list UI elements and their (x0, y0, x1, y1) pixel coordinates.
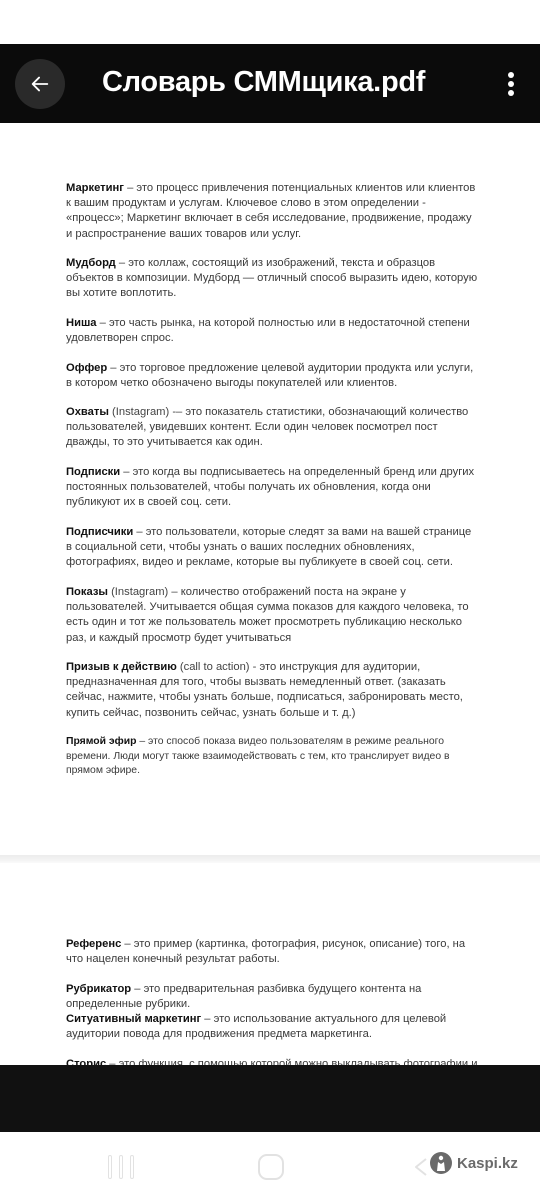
entry-term: Прямой эфир (66, 736, 136, 747)
entry-term: Подписки (66, 466, 120, 478)
entry-definition: это коллаж, состоящий из изображений, те… (66, 257, 477, 299)
bottom-toolbar (0, 1065, 540, 1132)
more-options-button[interactable] (502, 68, 520, 100)
arrow-left-icon (29, 73, 51, 95)
document-title: Словарь СММщика.pdf (102, 66, 425, 99)
entry-term: Референс (66, 938, 121, 950)
more-vertical-icon (508, 72, 514, 78)
nav-back-icon (410, 1156, 432, 1178)
entry-term: Охваты (66, 406, 109, 418)
glossary-entry: Мудборд – это коллаж, состоящий из изобр… (66, 256, 478, 302)
glossary-entry: Маркетинг – это процесс привлечения поте… (66, 181, 478, 242)
system-nav-bar: Kaspi.kz (0, 1132, 540, 1200)
entry-term: Маркетинг (66, 182, 124, 194)
glossary-entry: Прямой эфир – это способ показа видео по… (66, 735, 478, 779)
glossary-entry: Ситуативный маркетинг – это использовани… (66, 1012, 478, 1042)
entry-term: Ниша (66, 317, 97, 329)
entry-definition: это торговое предложение целевой аудитор… (66, 362, 473, 389)
entry-term: Призыв к действию (66, 661, 177, 673)
entry-term: Подписчики (66, 526, 133, 538)
nav-back-button[interactable] (410, 1156, 432, 1178)
glossary-entry: Референс – это пример (картинка, фотогра… (66, 937, 478, 967)
glossary-entry: Рубрикатор – это предварительная разбивк… (66, 982, 478, 1012)
glossary-entry: Показы (Instagram) – количество отображе… (66, 585, 478, 646)
entry-term: Рубрикатор (66, 983, 131, 995)
glossary-entry: Ниша – это часть рынка, на которой полно… (66, 316, 478, 346)
home-button[interactable] (258, 1154, 284, 1180)
kaspi-watermark: Kaspi.kz (430, 1152, 518, 1174)
watermark-text: Kaspi.kz (457, 1155, 518, 1172)
recent-apps-icon (108, 1155, 112, 1179)
glossary-entry: Призыв к действию (call to action) - это… (66, 660, 478, 721)
glossary-entry: Охваты (Instagram) -– это показатель ста… (66, 405, 478, 451)
glossary-entry: Подписчики – это пользователи, которые с… (66, 525, 478, 571)
entry-term: Показы (66, 586, 108, 598)
entry-definition: это часть рынка, на которой полностью ил… (66, 317, 470, 344)
page-divider (0, 855, 540, 863)
back-button[interactable] (15, 59, 65, 109)
glossary-entry: Подписки – это когда вы подписываетесь н… (66, 465, 478, 511)
entry-term: Оффер (66, 362, 107, 374)
entry-term: Мудборд (66, 257, 116, 269)
glossary-entry: Оффер – это торговое предложение целевой… (66, 361, 478, 391)
kaspi-logo-icon (430, 1152, 452, 1174)
app-header: Словарь СММщика.pdf (0, 44, 540, 123)
recent-apps-button[interactable] (108, 1155, 134, 1179)
entry-term: Ситуативный маркетинг (66, 1013, 201, 1025)
